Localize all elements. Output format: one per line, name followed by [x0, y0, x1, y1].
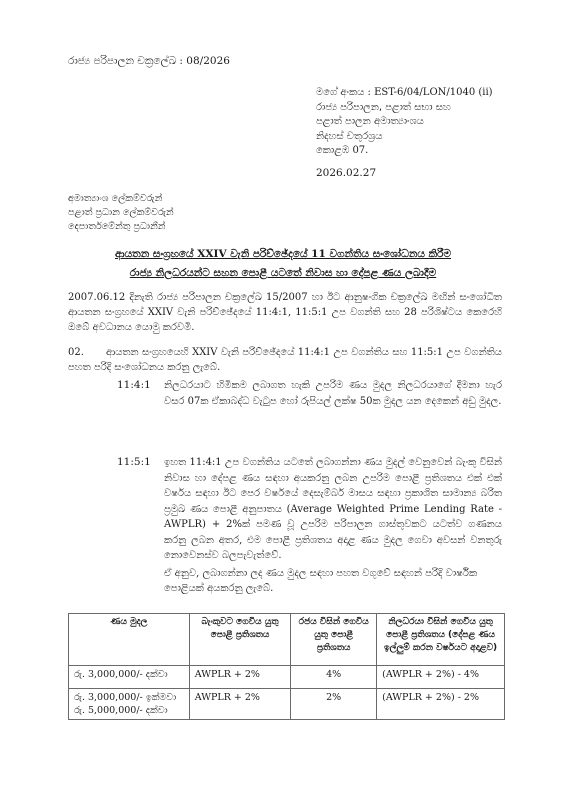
table-intro-note: ඒ අනුව, ලබාගන්නා ලද ණය මුදල සඳහා පහත වගු…: [164, 566, 502, 596]
paragraph-1: 2007.06.12 දිනැති රාජ්‍ය පරිපාලන චක්‍රලේ…: [68, 290, 502, 335]
loan-amount-cell: රු. 3,000,000/- ඉක්මවා රු. 5,000,000/- ද…: [69, 689, 190, 720]
table-row: රු. 3,000,000/- දක්වා AWPLR + 2% 4% (AWP…: [69, 666, 505, 689]
title-line-2: රාජ්‍ය නිලධරයන්ට සහන පොළී යටතේ නිවාස හා …: [68, 264, 498, 283]
document-title: ආයතන සංග්‍රහයේ XXIV වැනි පරිච්ඡේදයේ 11 ව…: [68, 245, 498, 283]
address-line: පළාත් පාලන අමාත්‍යාංශය: [316, 115, 493, 130]
circular-number: රාජ්‍ය පරිපාලන චක්‍රලේඛ : 08/2026: [68, 55, 230, 68]
section-text: ඉහත 11:4:1 උප වගන්තිය යටතේ ලබාගන්නා ණය ම…: [164, 455, 502, 564]
amount-line: රු. 3,000,000/- ඉක්මවා: [74, 691, 184, 704]
amount-line: රු. 3,000,000/- දක්වා: [74, 668, 184, 681]
address-line: කොළඹ 07.: [316, 144, 493, 159]
recipient: දෙපාර්තමේන්තු ප්‍රධානීන්: [68, 220, 174, 234]
section-number: 11:4:1: [117, 378, 151, 393]
government-rate-cell: 4%: [291, 666, 377, 689]
section-number: 11:5:1: [117, 455, 151, 470]
interest-rate-table: ණය මුදල බැංකුවට ගෙවිය යුතු පොළී ප්‍රතිශත…: [68, 613, 505, 720]
table-header-row: ණය මුදල බැංකුවට ගෙවිය යුතු පොළී ප්‍රතිශත…: [69, 614, 505, 666]
amount-line: රු. 5,000,000/- දක්වා: [74, 704, 184, 717]
paragraph-2: 02.ආයතන සංග්‍රහයෙහි XXIV වැනි පරිච්ඡේදයේ…: [68, 345, 502, 375]
reference-number: මගේ අංකය : EST-6/04/LON/1040 (ii): [316, 86, 493, 101]
letter-date: 2026.02.27: [316, 167, 376, 179]
paragraph-2-text: ආයතන සංග්‍රහයෙහි XXIV වැනි පරිච්ඡේදයේ 11…: [68, 347, 502, 373]
section-text: නිලධරයාට හිමිකම ලබාගත හැකි උපරිම ණය මුදල…: [164, 378, 502, 409]
sender-address-block: මගේ අංකය : EST-6/04/LON/1040 (ii) රාජ්‍ය…: [316, 86, 493, 159]
address-line: නිදහස් චතුරශ්‍රය: [316, 130, 493, 145]
header-officer-rate: නිලධරයා විසින් ගෙවිය යුතු පොළී ප්‍රතිශතය…: [377, 614, 505, 666]
header-government-rate: රජය විසින් ගෙවිය යුතු පොළී ප්‍රතිශතය: [291, 614, 377, 666]
title-line-1: ආයතන සංග්‍රහයේ XXIV වැනි පරිච්ඡේදයේ 11 ව…: [68, 245, 498, 264]
recipient: පළාත් ප්‍රධාන ලේකම්වරුන්: [68, 206, 174, 220]
officer-rate-cell: (AWPLR + 2%) - 4%: [377, 666, 505, 689]
header-bank-rate: බැංකුවට ගෙවිය යුතු පොළී ප්‍රතිශතය: [189, 614, 290, 666]
address-line: රාජ්‍ය පරිපාලන, පළාත් සභා සහ: [316, 101, 493, 116]
paragraph-number: 02.: [68, 345, 106, 360]
officer-rate-cell: (AWPLR + 2%) - 2%: [377, 689, 505, 720]
bank-rate-cell: AWPLR + 2%: [189, 666, 290, 689]
recipient: අමාත්‍යාංශ ලේකම්වරුන්: [68, 192, 174, 206]
government-rate-cell: 2%: [291, 689, 377, 720]
loan-amount-cell: රු. 3,000,000/- දක්වා: [69, 666, 190, 689]
recipients-block: අමාත්‍යාංශ ලේකම්වරුන් පළාත් ප්‍රධාන ලේකම…: [68, 192, 174, 234]
header-loan-amount: ණය මුදල: [69, 614, 190, 666]
section-11-4-1: 11:4:1 නිලධරයාට හිමිකම ලබාගත හැකි උපරිම …: [117, 378, 502, 409]
table-row: රු. 3,000,000/- ඉක්මවා රු. 5,000,000/- ද…: [69, 689, 505, 720]
section-11-5-1: 11:5:1 ඉහත 11:4:1 උප වගන්තිය යටතේ ලබාගන්…: [117, 455, 502, 564]
bank-rate-cell: AWPLR + 2%: [189, 689, 290, 720]
